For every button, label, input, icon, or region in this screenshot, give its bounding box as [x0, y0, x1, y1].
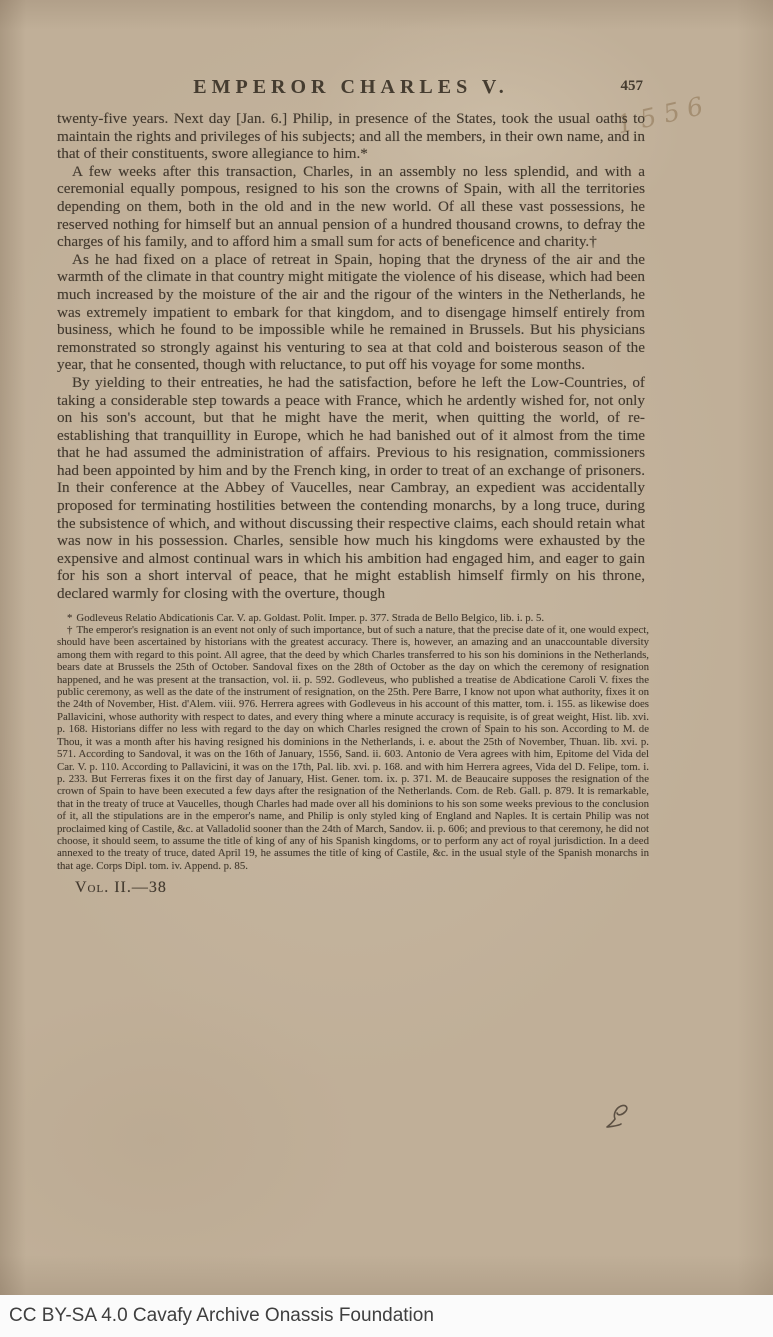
footnote-star-marker: *	[67, 612, 72, 624]
paper-background: 1556 EMPEROR CHARLES V. 457 twenty-five …	[0, 0, 773, 1295]
footnotes-section: *Godleveus Relatio Abdicationis Car. V. …	[57, 612, 649, 873]
page-title: EMPEROR CHARLES V.	[57, 76, 645, 99]
volume-signature: Vol. II.—38	[57, 879, 645, 897]
body-paragraph: A few weeks after this transaction, Char…	[57, 163, 645, 251]
body-text: twenty-five years. Next day [Jan. 6.] Ph…	[57, 110, 645, 603]
scanned-book-page: 1556 EMPEROR CHARLES V. 457 twenty-five …	[0, 0, 773, 1337]
license-caption-text: CC BY-SA 4.0 Cavafy Archive Onassis Foun…	[9, 1305, 434, 1327]
body-paragraph: As he had fixed on a place of retreat in…	[57, 251, 645, 374]
footnote-star-text: Godleveus Relatio Abdicationis Car. V. a…	[76, 612, 544, 624]
body-paragraph: By yielding to their entreaties, he had …	[57, 374, 645, 603]
footnote-dagger: †The emperor's resignation is an event n…	[57, 624, 649, 872]
body-paragraph: twenty-five years. Next day [Jan. 6.] Ph…	[57, 110, 645, 163]
footnote-dagger-marker: †	[67, 624, 72, 636]
page-number: 457	[621, 78, 644, 95]
ink-flourish-mark	[604, 1096, 638, 1130]
running-header: EMPEROR CHARLES V. 457	[57, 76, 645, 100]
page-content: EMPEROR CHARLES V. 457 twenty-five years…	[57, 76, 645, 897]
footnote-dagger-text: The emperor's resignation is an event no…	[57, 624, 649, 872]
footnote-star: *Godleveus Relatio Abdicationis Car. V. …	[57, 612, 649, 624]
license-caption-bar: CC BY-SA 4.0 Cavafy Archive Onassis Foun…	[0, 1295, 773, 1337]
